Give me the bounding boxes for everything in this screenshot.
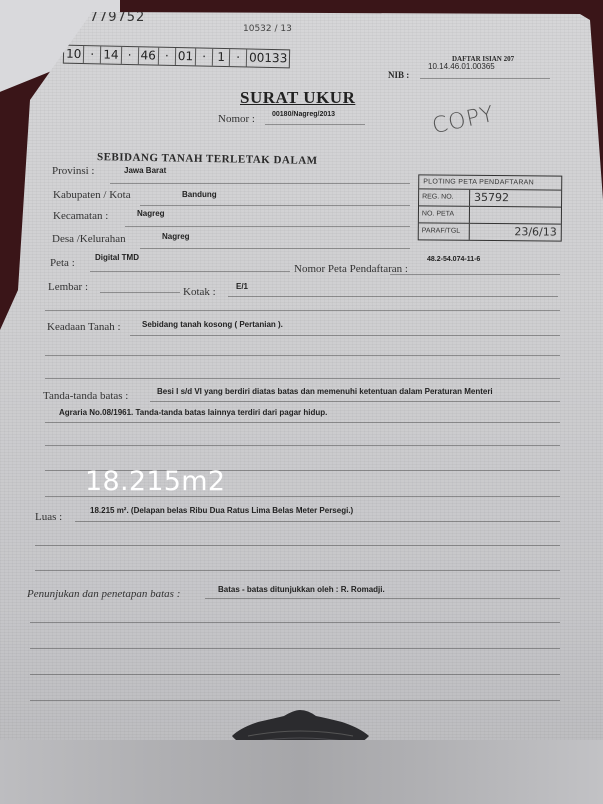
penunjukan-value: Batas - batas ditunjukkan oleh : R. Roma… — [218, 585, 385, 594]
area-overlay-text: 18.215m2 — [85, 466, 225, 497]
section-heading: SEBIDANG TANAH TERLETAK DALAM — [97, 151, 318, 167]
ploting-value: 35792 — [470, 190, 561, 207]
ploting-key: PARAF/TGL — [419, 223, 470, 239]
document-paper: a 779752 10532 / 13 10 · 14 · 46 · 01 · … — [0, 0, 603, 804]
document-title: SURAT UKUR — [240, 88, 355, 108]
penunjukan-label: Penunjukan dan penetapan batas : — [27, 588, 180, 600]
ploting-row: REG. NO. 35792 — [419, 189, 561, 207]
desa-label: Desa /Kelurahan — [52, 233, 126, 245]
code-box: 1 — [213, 49, 230, 66]
kotak-value: E/1 — [236, 282, 248, 291]
tanda-batas-line2: Agraria No.08/1961. Tanda-tanda batas la… — [59, 408, 327, 417]
code-box: · — [121, 47, 138, 64]
ploting-key: REG. NO. — [419, 189, 470, 205]
code-box: 01 — [176, 48, 197, 65]
ploting-key: NO. PETA — [419, 206, 470, 222]
nomor-peta-pendaftaran-value: 48.2-54.074-11-6 — [427, 256, 480, 263]
luas-value: 18.215 m². (Delapan belas Ribu Dua Ratus… — [90, 506, 353, 515]
kotak-label: Kotak : — [183, 286, 216, 298]
provinsi-label: Provinsi : — [52, 165, 94, 177]
ploting-peta-box: PLOTING PETA PENDAFTARAN REG. NO. 35792 … — [418, 174, 563, 241]
ploting-value: 23/6/13 — [470, 224, 561, 241]
peta-value: Digital TMD — [95, 253, 139, 262]
lembar-label: Lembar : — [48, 281, 88, 293]
tanda-batas-label: Tanda-tanda batas : — [43, 390, 128, 402]
keadaan-tanah-value: Sebidang tanah kosong ( Pertanian ). — [142, 320, 283, 329]
ploting-heading: PLOTING PETA PENDAFTARAN — [419, 175, 561, 190]
provinsi-value: Jawa Barat — [124, 166, 166, 175]
kabupaten-value: Bandung — [182, 190, 217, 199]
code-box: · — [230, 49, 247, 66]
nib-value: 10.14.46.01.00365 — [428, 62, 495, 71]
code-boxes: 10 · 14 · 46 · 01 · 1 · 00133 — [63, 45, 291, 69]
code-box: 46 — [138, 47, 159, 64]
ploting-row: NO. PETA — [419, 206, 561, 224]
kecamatan-value: Nagreg — [137, 209, 165, 218]
sheet-reference: 10532 / 13 — [243, 24, 292, 34]
ploting-row: PARAF/TGL 23/6/13 — [419, 223, 561, 240]
code-box: · — [196, 48, 213, 65]
peta-label: Peta : — [50, 257, 75, 269]
ploting-value — [470, 207, 561, 224]
desa-value: Nagreg — [162, 232, 190, 241]
kabupaten-label: Kabupaten / Kota — [53, 189, 131, 201]
nomor-value: 00180/Nagreg/2013 — [272, 111, 335, 118]
code-box: 14 — [101, 46, 122, 63]
copy-handwritten-mark: COPY — [430, 102, 497, 140]
nib-label: NIB : — [388, 70, 409, 80]
luas-label: Luas : — [35, 511, 62, 523]
code-box: 00133 — [247, 49, 290, 67]
code-box: · — [84, 46, 101, 63]
code-box: · — [159, 48, 176, 65]
keadaan-tanah-label: Keadaan Tanah : — [47, 321, 121, 333]
code-box: 10 — [64, 46, 85, 63]
tanda-batas-line1: Besi I s/d VI yang berdiri diatas batas … — [157, 387, 493, 396]
page-bottom-shadow — [0, 740, 603, 804]
nomor-label: Nomor : — [218, 113, 255, 125]
kecamatan-label: Kecamatan : — [53, 210, 108, 222]
